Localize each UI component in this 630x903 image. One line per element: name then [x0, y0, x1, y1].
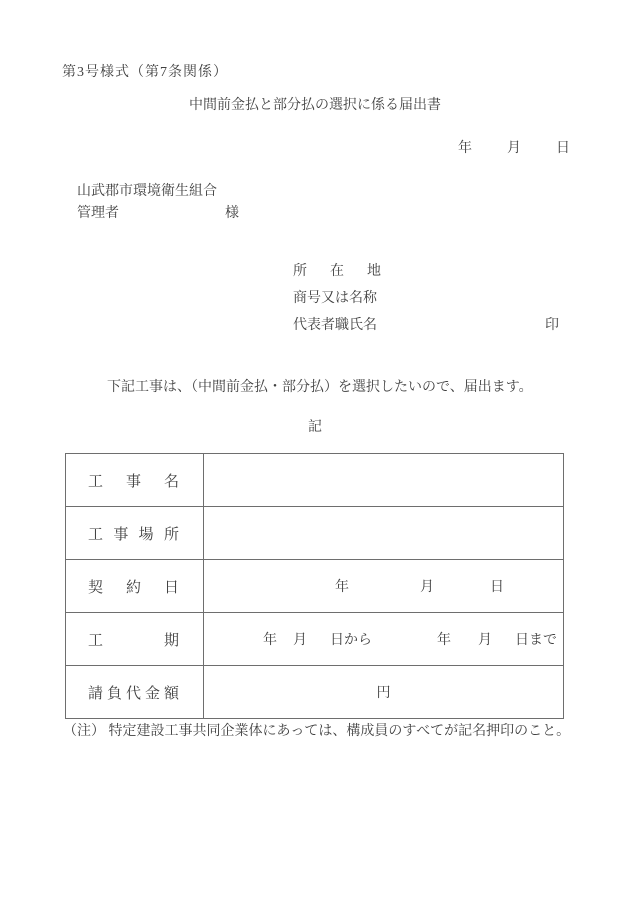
form-table: 工事名 工事場所 契約日 年 月 日 工期 年 月 日から 年 月 日まで: [65, 453, 564, 719]
recipient-organization: 山武郡市環境衛生組合: [77, 179, 217, 201]
row-value-construction-period: 年 月 日から 年 月 日まで: [204, 613, 563, 665]
date-line: 年 月 日: [458, 137, 570, 157]
applicant-name-label: 商号又は名称: [293, 283, 381, 310]
applicant-address-label: 所在地: [293, 256, 381, 283]
seal-mark: 印: [545, 310, 559, 337]
contract-month-label: 月: [420, 576, 434, 596]
period-start-month-label: 月: [293, 629, 307, 649]
recipient-block: 山武郡市環境衛生組合 管理者 様: [77, 179, 217, 223]
recipient-role-line: 管理者 様: [77, 201, 217, 223]
applicant-block: 所在地 商号又は名称 代表者職氏名 印: [293, 256, 381, 337]
form-number: 第3号様式（第7条関係）: [62, 61, 228, 81]
row-label-contract-date: 契約日: [66, 560, 204, 612]
date-year-label: 年: [458, 137, 472, 157]
period-start-day-label: 日から: [330, 629, 372, 649]
table-row-construction-site: 工事場所: [66, 507, 563, 560]
document-page: 第3号様式（第7条関係） 中間前金払と部分払の選択に係る届出書 年 月 日 山武…: [0, 0, 630, 903]
row-label-construction-site: 工事場所: [66, 507, 204, 559]
recipient-role: 管理者: [77, 202, 119, 222]
yen-label: 円: [377, 682, 391, 702]
statement-text: 下記工事は、（中間前金払・部分払）を選択したいので、届出ます。: [107, 376, 533, 396]
row-label-construction-period: 工期: [66, 613, 204, 665]
table-row-construction-name: 工事名: [66, 454, 563, 507]
period-end-year-label: 年: [437, 629, 451, 649]
row-value-contract-date: 年 月 日: [204, 560, 563, 612]
section-marker: 記: [0, 416, 630, 436]
row-value-construction-name: [204, 454, 563, 506]
row-label-construction-name: 工事名: [66, 454, 204, 506]
date-day-label: 日: [556, 137, 570, 157]
footnote: （注） 特定建設工事共同企業体にあっては、構成員のすべてが記名押印のこと。: [63, 720, 570, 740]
period-start-year-label: 年: [263, 629, 277, 649]
row-value-construction-site: [204, 507, 563, 559]
table-row-construction-period: 工期 年 月 日から 年 月 日まで: [66, 613, 563, 666]
applicant-representative-line: 代表者職氏名 印: [293, 310, 381, 337]
applicant-representative-label: 代表者職氏名: [293, 314, 377, 334]
row-value-contract-amount: 円: [204, 666, 563, 718]
date-month-label: 月: [507, 137, 521, 157]
period-end-day-label: 日まで: [515, 629, 557, 649]
row-label-contract-amount: 請負代金額: [66, 666, 204, 718]
period-end-month-label: 月: [478, 629, 492, 649]
table-row-contract-date: 契約日 年 月 日: [66, 560, 563, 613]
recipient-honorific: 様: [225, 201, 239, 223]
contract-day-label: 日: [490, 576, 504, 596]
document-title: 中間前金払と部分払の選択に係る届出書: [0, 94, 630, 114]
table-row-contract-amount: 請負代金額 円: [66, 666, 563, 718]
contract-year-label: 年: [335, 576, 349, 596]
